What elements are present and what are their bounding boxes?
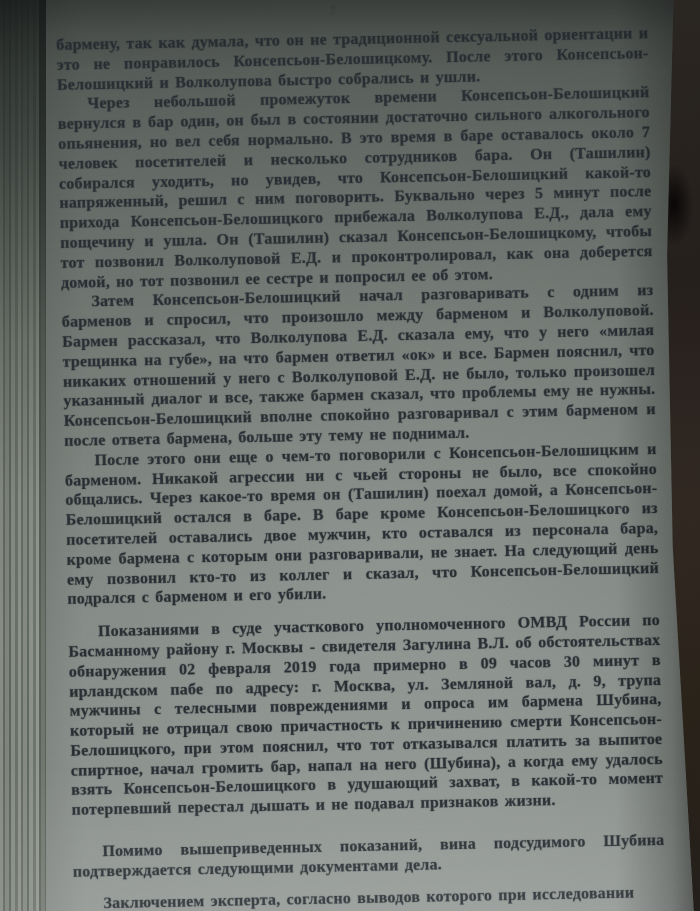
paragraph: Через небольшой промежуток времени Консе… <box>57 83 653 293</box>
paragraph: Затем Консепсьон-Белошицкий начал разгов… <box>61 281 656 451</box>
photo-of-court-document: 7 бармену, так как думала, что он не тра… <box>0 0 700 911</box>
paragraph: Показаниями в суде участкового уполномоч… <box>68 611 664 821</box>
paragraph: После этого они еще о чем-то поговорили … <box>64 440 659 610</box>
page-number: 7 <box>0 3 665 19</box>
page-edge-binding <box>0 0 46 911</box>
document-page: 7 бармену, так как думала, что он не тра… <box>0 0 700 911</box>
paragraph: Помимо вышеприведенных показаний, вина п… <box>72 831 665 882</box>
paragraph: Заключением эксперта, согласно выводов к… <box>73 883 665 911</box>
document-text: бармену, так как думала, что он не тради… <box>56 24 666 911</box>
